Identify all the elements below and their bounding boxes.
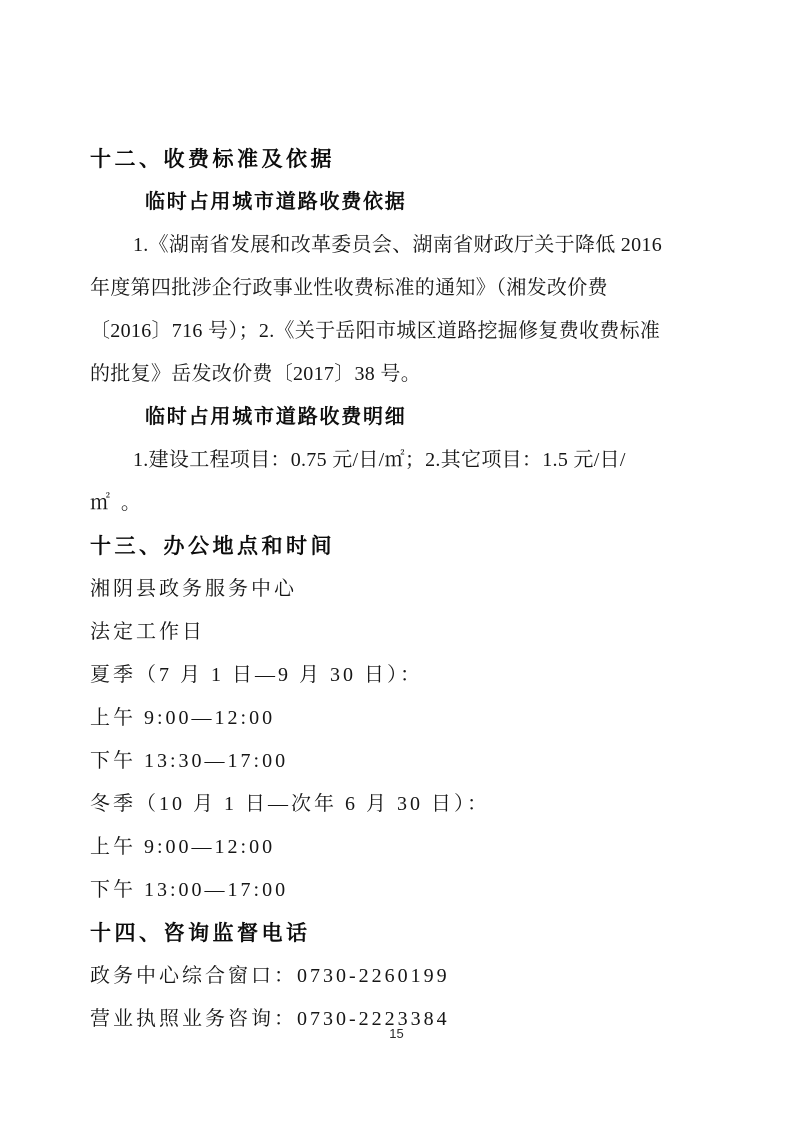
- line-summer-morning-hours: 上午 9:00—12:00: [90, 697, 715, 740]
- line-winter-afternoon-hours: 下午 13:00—17:00: [90, 869, 715, 912]
- line-office-location: 湘阴县政务服务中心: [90, 568, 715, 611]
- para-fee-basis-line-2: 年度第四批涉企行政事业性收费标准的通知》（湘发改价费: [90, 267, 715, 310]
- line-summer-afternoon-hours: 下午 13:30—17:00: [90, 740, 715, 783]
- line-winter-schedule: 冬季（10 月 1 日—次年 6 月 30 日）：: [90, 783, 715, 826]
- line-winter-morning-hours: 上午 9:00—12:00: [90, 826, 715, 869]
- para-fee-detail-line-2: ㎡ 。: [90, 482, 715, 525]
- subheading-fee-basis: 临时占用城市道路收费依据: [90, 181, 715, 224]
- section-heading-12-fee-standards: 十二、收费标准及依据: [90, 138, 715, 181]
- para-fee-basis-line-4: 的批复》岳发改价费〔2017〕38 号。: [90, 353, 715, 396]
- section-heading-13-office-location: 十三、办公地点和时间: [90, 525, 715, 568]
- para-fee-detail-line-1: 1.建设工程项目：0.75 元/日/㎡；2.其它项目：1.5 元/日/: [90, 439, 715, 482]
- document-page: 十二、收费标准及依据 临时占用城市道路收费依据 1.《湖南省发展和改革委员会、湖…: [0, 0, 793, 1122]
- document-content: 十二、收费标准及依据 临时占用城市道路收费依据 1.《湖南省发展和改革委员会、湖…: [90, 138, 715, 1041]
- para-fee-basis-line-3: 〔2016〕716 号）；2.《关于岳阳市城区道路挖掘修复费收费标准: [90, 310, 715, 353]
- para-fee-basis-line-1: 1.《湖南省发展和改革委员会、湖南省财政厅关于降低 2016: [90, 224, 715, 267]
- line-summer-schedule: 夏季（7 月 1 日—9 月 30 日）：: [90, 654, 715, 697]
- line-working-days: 法定工作日: [90, 611, 715, 654]
- page-number: 15: [0, 1024, 793, 1044]
- subheading-fee-detail: 临时占用城市道路收费明细: [90, 396, 715, 439]
- section-heading-14-phone: 十四、咨询监督电话: [90, 912, 715, 955]
- line-phone-service-center: 政务中心综合窗口：0730-2260199: [90, 955, 715, 998]
